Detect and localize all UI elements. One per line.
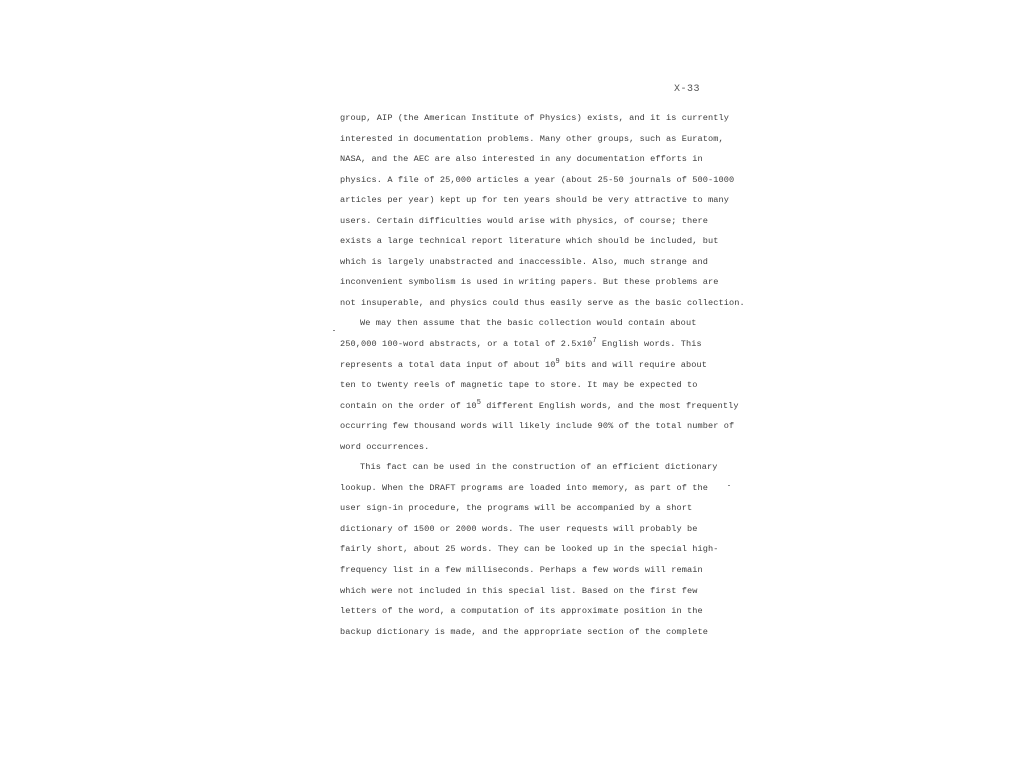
body-text: group, AIP (the American Institute of Ph… [340,111,720,645]
text-line-content: We may then assume that the basic collec… [360,318,696,328]
text-line-content: physics. A file of 25,000 articles a yea… [340,175,734,185]
text-line-content: occurring few thousand words will likely… [340,421,734,431]
text-line-continuation: English words. This [597,339,702,349]
text-line: exists a large technical report literatu… [340,234,720,255]
text-line-content: lookup. When the DRAFT programs are load… [340,483,708,493]
text-line: dictionary of 1500 or 2000 words. The us… [340,522,720,543]
text-line-content: fairly short, about 25 words. They can b… [340,544,719,554]
text-line: user sign-in procedure, the programs wil… [340,501,720,522]
text-line-content: not insuperable, and physics could thus … [340,298,745,308]
page-number: X-33 [674,84,700,95]
text-line-content: group, AIP (the American Institute of Ph… [340,113,729,123]
text-line: represents a total data input of about 1… [340,358,720,379]
text-line-content: contain on the order of 10 [340,401,477,411]
text-line: inconvenient symbolism is used in writin… [340,275,720,296]
text-line-content: users. Certain difficulties would arise … [340,216,708,226]
scan-speck [728,485,730,486]
text-line: not insuperable, and physics could thus … [340,296,720,317]
text-line: NASA, and the AEC are also interested in… [340,152,720,173]
text-line-content: exists a large technical report literatu… [340,236,719,246]
text-line: articles per year) kept up for ten years… [340,193,720,214]
text-line-content: word occurrences. [340,442,429,452]
text-line-content: represents a total data input of about 1… [340,360,556,370]
text-line-content: letters of the word, a computation of it… [340,606,703,616]
text-line-content: frequency list in a few milliseconds. Pe… [340,565,703,575]
text-line-content: This fact can be used in the constructio… [360,462,717,472]
text-line-content: which were not included in this special … [340,586,697,596]
text-line: interested in documentation problems. Ma… [340,132,720,153]
text-line: This fact can be used in the constructio… [340,460,720,481]
text-line: users. Certain difficulties would arise … [340,214,720,235]
text-line: fairly short, about 25 words. They can b… [340,542,720,563]
text-line: We may then assume that the basic collec… [340,316,720,337]
text-line-content: which is largely unabstracted and inacce… [340,257,708,267]
text-line: 250,000 100-word abstracts, or a total o… [340,337,720,358]
text-line-content: inconvenient symbolism is used in writin… [340,277,719,287]
text-line: which were not included in this special … [340,584,720,605]
text-line-content: articles per year) kept up for ten years… [340,195,729,205]
text-line-continuation: bits and will require about [560,360,707,370]
text-line-content: interested in documentation problems. Ma… [340,134,724,144]
text-line: contain on the order of 105 different En… [340,399,720,420]
text-line: lookup. When the DRAFT programs are load… [340,481,720,502]
text-line: occurring few thousand words will likely… [340,419,720,440]
scan-speck [333,330,335,331]
document-page: X-33 group, AIP (the American Institute … [0,0,1024,768]
text-line: ten to twenty reels of magnetic tape to … [340,378,720,399]
text-line: backup dictionary is made, and the appro… [340,625,720,646]
text-line: physics. A file of 25,000 articles a yea… [340,173,720,194]
text-line-content: user sign-in procedure, the programs wil… [340,503,692,513]
text-line-content: NASA, and the AEC are also interested in… [340,154,703,164]
text-line: which is largely unabstracted and inacce… [340,255,720,276]
text-line: frequency list in a few milliseconds. Pe… [340,563,720,584]
text-line: group, AIP (the American Institute of Ph… [340,111,720,132]
text-line: word occurrences. [340,440,720,461]
text-line-continuation: different English words, and the most fr… [481,401,739,411]
text-line-content: ten to twenty reels of magnetic tape to … [340,380,697,390]
text-line-content: backup dictionary is made, and the appro… [340,627,708,637]
text-line-content: dictionary of 1500 or 2000 words. The us… [340,524,697,534]
text-line: letters of the word, a computation of it… [340,604,720,625]
text-line-content: 250,000 100-word abstracts, or a total o… [340,339,592,349]
